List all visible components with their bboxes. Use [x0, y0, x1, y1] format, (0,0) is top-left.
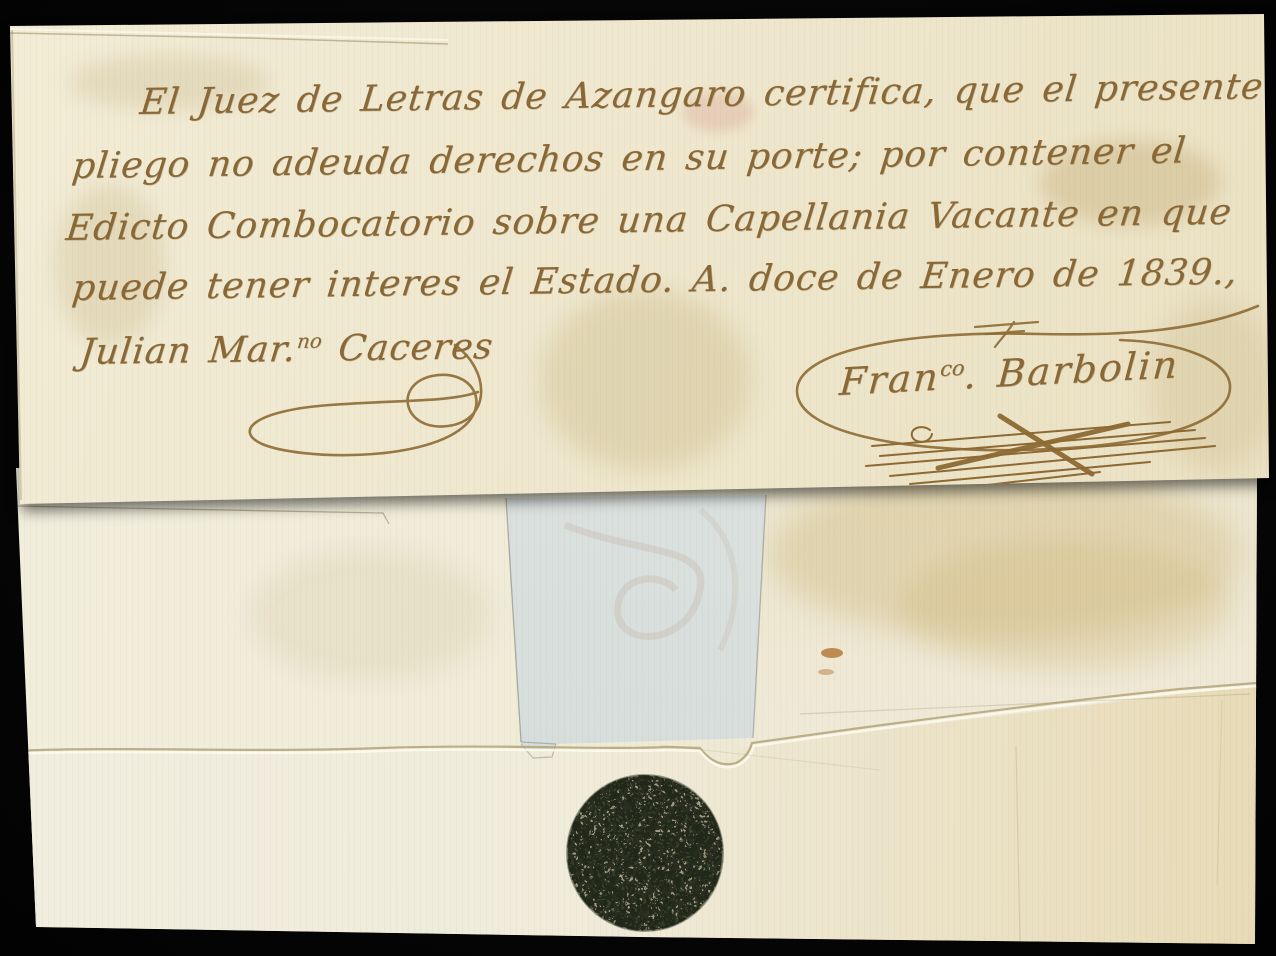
docket-shadow: El Juez de Letras de Azangaro certifica,… [0, 0, 1276, 956]
certification-docket: El Juez de Letras de Azangaro certifica,… [0, 0, 1276, 956]
photo-of-folded-letter: El Juez de Letras de Azangaro certifica,… [0, 0, 1276, 956]
signature-rubric [0, 0, 1276, 956]
